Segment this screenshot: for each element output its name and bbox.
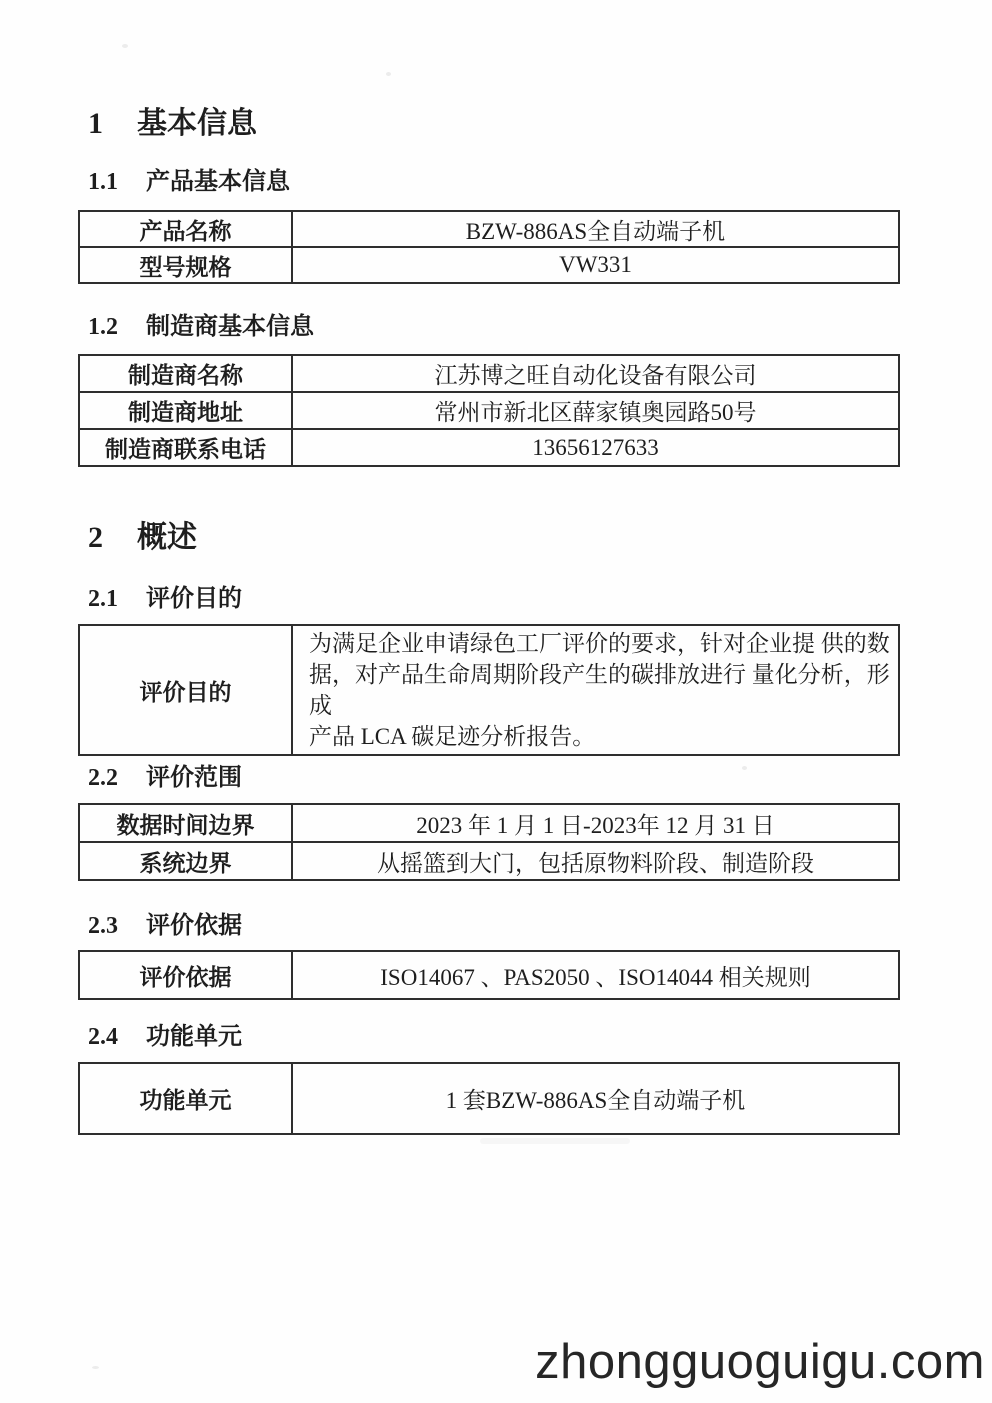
heading-section-2: 2 概述 [88, 512, 197, 556]
row-label: 制造商联系电话 [79, 429, 292, 466]
table-row: 制造商地址 常州市新北区薛家镇奥园路50号 [79, 392, 899, 429]
row-label: 评价目的 [79, 625, 292, 755]
heading-number: 2.2 [88, 765, 118, 792]
row-value: BZW-886AS全自动端子机 [292, 211, 899, 247]
heading-section-1: 1 基本信息 [88, 98, 257, 142]
row-value: ISO14067 、PAS2050 、ISO14044 相关规则 [292, 951, 899, 999]
heading-number: 2.4 [88, 1024, 118, 1051]
manufacturer-info-table: 制造商名称 江苏博之旺自动化设备有限公司 制造商地址 常州市新北区薛家镇奥园路5… [78, 354, 900, 467]
row-value: 从摇篮到大门，包括原物料阶段、制造阶段 [292, 842, 899, 880]
table-row: 制造商联系电话 13656127633 [79, 429, 899, 466]
heading-section-1-2: 1.2 制造商基本信息 [88, 306, 314, 341]
heading-title: 评价依据 [146, 905, 242, 940]
heading-number: 2.3 [88, 913, 118, 940]
heading-title: 功能单元 [146, 1016, 242, 1051]
evaluation-purpose-table: 评价目的 为满足企业申请绿色工厂评价的要求，针对企业提 供的数 据，对产品生命周… [78, 624, 900, 756]
table-row: 制造商名称 江苏博之旺自动化设备有限公司 [79, 355, 899, 392]
scan-speck [386, 72, 391, 76]
evaluation-basis-table: 评价依据 ISO14067 、PAS2050 、ISO14044 相关规则 [78, 950, 900, 1000]
scan-speck [742, 766, 747, 770]
row-label: 制造商名称 [79, 355, 292, 392]
heading-number: 1.2 [88, 314, 118, 341]
table-row: 功能单元 1 套BZW-886AS全自动端子机 [79, 1063, 899, 1134]
heading-number: 1.1 [88, 169, 118, 196]
heading-title: 评价目的 [146, 578, 242, 613]
heading-number: 2 [88, 521, 103, 555]
heading-title: 基本信息 [137, 98, 257, 142]
heading-title: 制造商基本信息 [146, 306, 314, 341]
row-value: 13656127633 [292, 429, 899, 466]
row-value: 1 套BZW-886AS全自动端子机 [292, 1063, 899, 1134]
row-value: 为满足企业申请绿色工厂评价的要求，针对企业提 供的数 据，对产品生命周期阶段产生… [292, 625, 899, 755]
row-label: 评价依据 [79, 951, 292, 999]
row-label: 功能单元 [79, 1063, 292, 1134]
table-row: 型号规格 VW331 [79, 247, 899, 283]
row-label: 数据时间边界 [79, 804, 292, 842]
scan-smudge [480, 1138, 630, 1144]
heading-section-2-4: 2.4 功能单元 [88, 1016, 242, 1051]
row-label: 系统边界 [79, 842, 292, 880]
table-row: 评价目的 为满足企业申请绿色工厂评价的要求，针对企业提 供的数 据，对产品生命周… [79, 625, 899, 755]
table-row: 产品名称 BZW-886AS全自动端子机 [79, 211, 899, 247]
heading-section-1-1: 1.1 产品基本信息 [88, 161, 290, 196]
row-value: 常州市新北区薛家镇奥园路50号 [292, 392, 899, 429]
heading-number: 1 [88, 107, 103, 141]
functional-unit-table: 功能单元 1 套BZW-886AS全自动端子机 [78, 1062, 900, 1135]
scan-speck [122, 44, 128, 48]
row-value: 2023 年 1 月 1 日-2023年 12 月 31 日 [292, 804, 899, 842]
heading-number: 2.1 [88, 586, 118, 613]
table-row: 系统边界 从摇篮到大门，包括原物料阶段、制造阶段 [79, 842, 899, 880]
evaluation-scope-table: 数据时间边界 2023 年 1 月 1 日-2023年 12 月 31 日 系统… [78, 803, 900, 881]
heading-title: 评价范围 [146, 757, 242, 792]
heading-title: 产品基本信息 [146, 161, 290, 196]
table-row: 数据时间边界 2023 年 1 月 1 日-2023年 12 月 31 日 [79, 804, 899, 842]
heading-section-2-1: 2.1 评价目的 [88, 578, 242, 613]
heading-section-2-2: 2.2 评价范围 [88, 757, 242, 792]
watermark-url: zhongguoguigu.com [535, 1334, 985, 1390]
scan-speck [92, 1366, 99, 1369]
row-label: 制造商地址 [79, 392, 292, 429]
row-value: VW331 [292, 247, 899, 283]
row-label: 产品名称 [79, 211, 292, 247]
heading-title: 概述 [137, 512, 197, 556]
row-value: 江苏博之旺自动化设备有限公司 [292, 355, 899, 392]
heading-section-2-3: 2.3 评价依据 [88, 905, 242, 940]
product-info-table: 产品名称 BZW-886AS全自动端子机 型号规格 VW331 [78, 210, 900, 284]
row-label: 型号规格 [79, 247, 292, 283]
document-page: 1 基本信息 1.1 产品基本信息 产品名称 BZW-886AS全自动端子机 型… [0, 0, 992, 1403]
table-row: 评价依据 ISO14067 、PAS2050 、ISO14044 相关规则 [79, 951, 899, 999]
